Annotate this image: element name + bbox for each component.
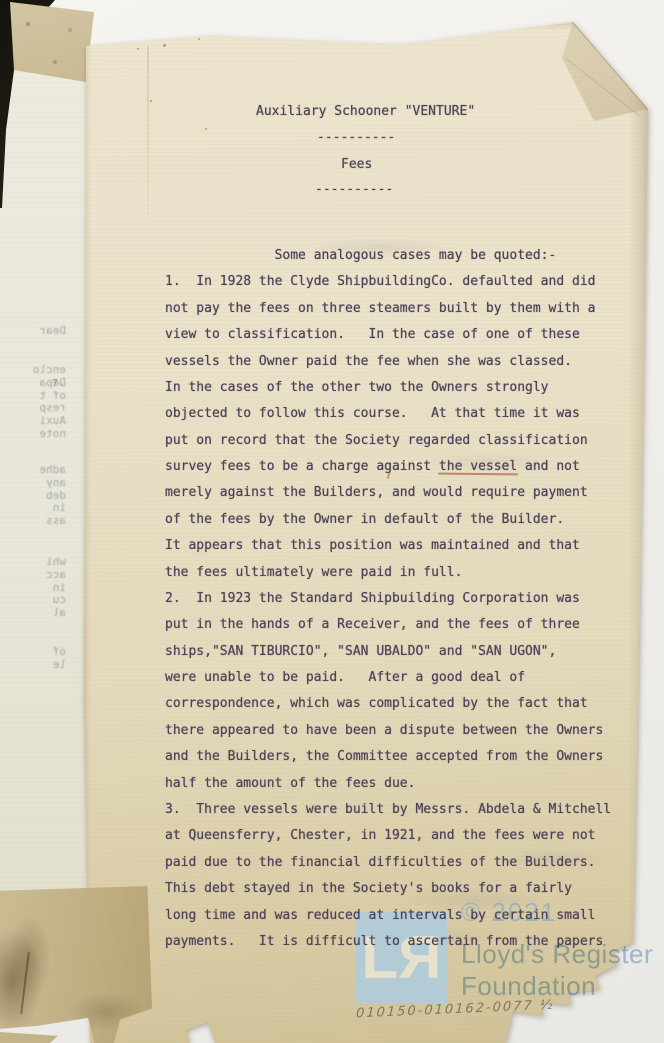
typed-line: at Queensferry, Chester, in 1921, and th… [165,828,595,844]
typed-line: half the amount of the fees due. [165,776,415,792]
typed-line: In the cases of the other two the Owners… [165,380,549,396]
typed-line: were unable to be paid. After a good dea… [165,670,525,686]
separator-dashes: ---------- [317,130,395,146]
watermark-org-line1: Lloyd's Register [461,939,653,970]
typed-line: long time and was reduced at intervals b… [165,908,595,924]
typed-line: vessels the Owner paid the fee when she … [165,354,572,370]
typed-line: 1. In 1928 the Clyde ShipbuildingCo. def… [165,274,595,290]
foxing-speck [163,44,166,47]
typed-line: It appears that this position was mainta… [165,538,580,554]
typed-line: correspondence, which was complicated by… [165,696,588,712]
typed-line: the fees ultimately were paid in full. [165,565,462,581]
typed-line: put in the hands of a Receiver, and the … [165,617,580,633]
typed-line: ships,"SAN TIBURCIO", "SAN UBALDO" and "… [165,644,556,660]
typed-line: there appeared to have been a dispute be… [165,723,603,739]
page-edge-shade-left [83,46,93,1036]
watermark-org-line2: Foundation [461,971,596,1002]
typed-body: Some analogous cases may be quoted:-1. I… [165,248,635,968]
scanned-document-photo: 7. Dearenclo Depa of t resp Auxi noteadh… [0,0,664,1043]
typed-line: This debt stayed in the Society's books … [165,881,572,897]
separator-dashes: ---------- [315,182,393,198]
foxing-speck [198,38,200,40]
typed-line: 2. In 1923 the Standard Shipbuilding Cor… [165,591,580,607]
foxing-speck [137,48,139,50]
page-edge-shade-top [85,22,650,30]
typed-line: paid due to the financial difficulties o… [165,855,595,871]
page-subtitle: Fees [341,157,372,173]
paper-crease [147,46,149,216]
typed-line: 3. Three vessels were built by Messrs. A… [165,802,611,818]
page-layer: L R © 2021 Auxiliary Schooner "VENTURE" … [0,0,664,1043]
typed-line: put on record that the Society regarded … [165,433,588,449]
typed-line: view to classification. In the case of o… [165,327,580,343]
typed-line: Some analogous cases may be quoted:- [165,248,556,264]
typed-line: and the Builders, the Committee accepted… [165,749,603,765]
foxing-speck [205,128,207,130]
typed-line: of the fees by the Owner in default of t… [165,512,564,528]
page-title: Auxiliary Schooner "VENTURE" [256,104,475,120]
typed-line: merely against the Builders, and would r… [165,485,588,501]
foxing-speck [150,100,152,102]
document-page: L R © 2021 Auxiliary Schooner "VENTURE" … [0,0,664,1043]
typed-line: objected to follow this course. At that … [165,406,580,422]
typed-line: not pay the fees on three steamers built… [165,301,595,317]
